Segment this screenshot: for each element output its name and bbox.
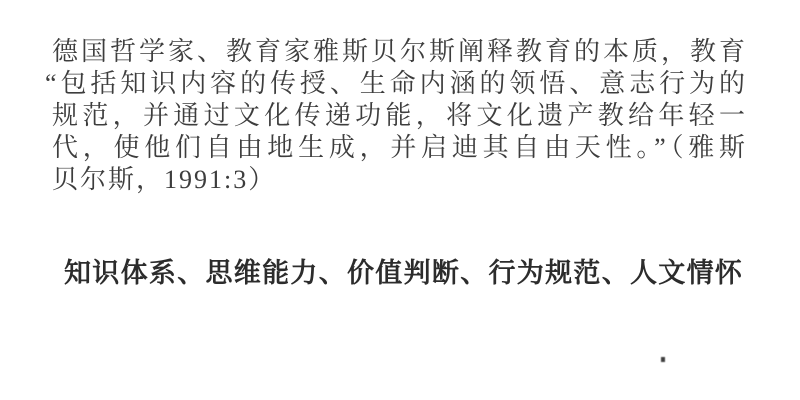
slide-canvas: 德国哲学家、教育家雅斯贝尔斯阐释教育的本质，教育 “包括知识内容的传授、生命内涵… xyxy=(0,0,800,400)
quote-line-1: 德国哲学家、教育家雅斯贝尔斯阐释教育的本质，教育 xyxy=(52,36,748,68)
quote-line-4: 代，使他们自由地生成，并启迪其自由天性。”（雅斯 xyxy=(52,132,748,164)
quote-line-3: 规范，并通过文化传递功能，将文化遗产教给年轻一 xyxy=(52,100,748,132)
quote-line-5: 贝尔斯，1991:3） xyxy=(52,164,748,196)
quote-line-2: “包括知识内容的传授、生命内涵的领悟、意志行为的 xyxy=(45,68,748,100)
keywords-line: 知识体系、思维能力、价值判断、行为规范、人文情怀 xyxy=(64,257,764,289)
jaspers-quote-paragraph: 德国哲学家、教育家雅斯贝尔斯阐释教育的本质，教育 “包括知识内容的传授、生命内涵… xyxy=(52,36,752,196)
scan-speck-artifact xyxy=(661,357,665,362)
